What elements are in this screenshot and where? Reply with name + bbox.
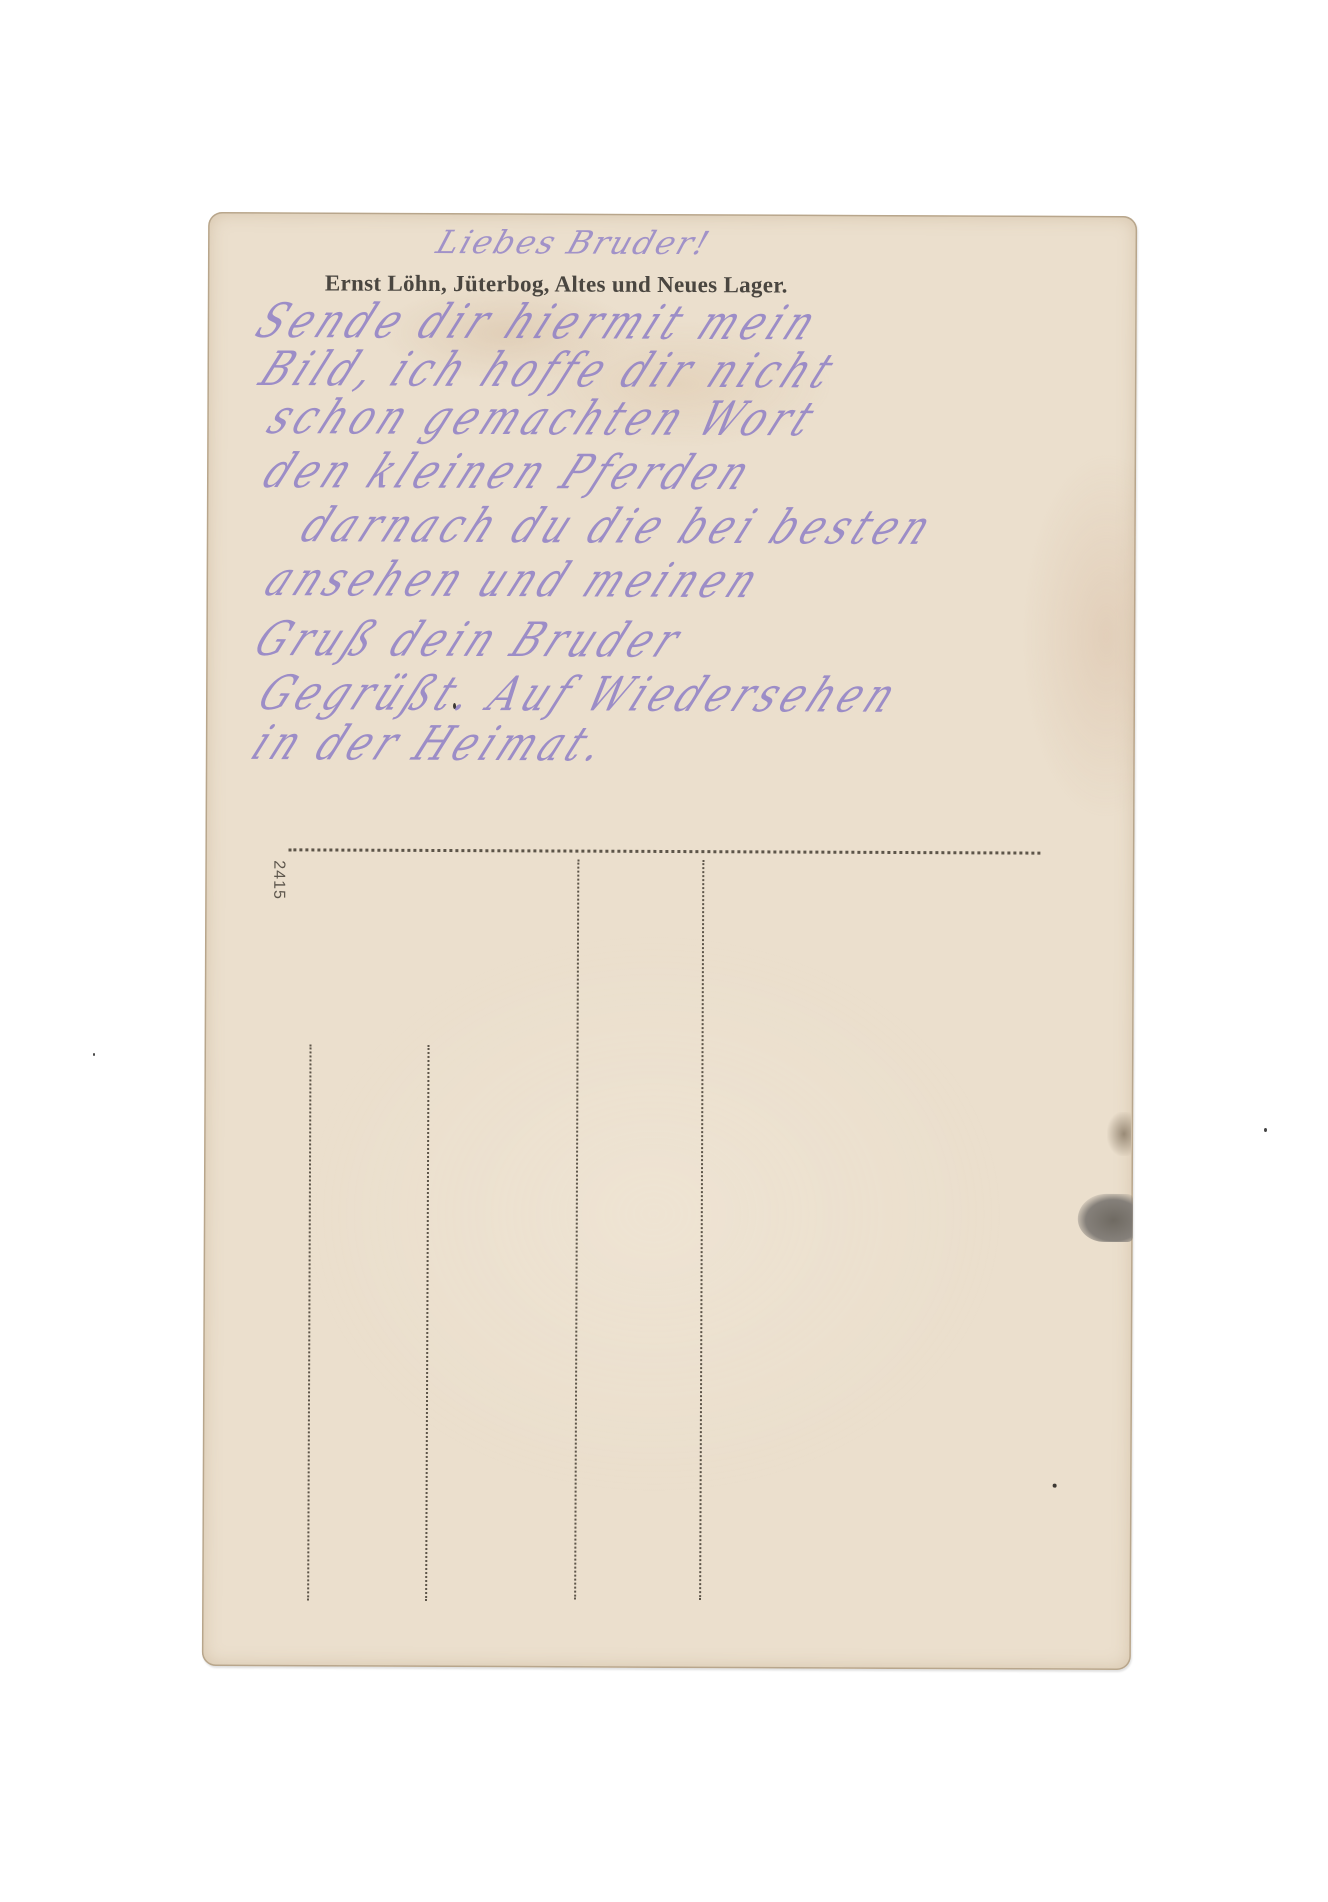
message-line: in der Heimat. (244, 715, 619, 771)
message-line: Gegrüßt. Auf Wiedersehen (250, 665, 910, 723)
message-line: darnach du die bei besten (293, 497, 946, 555)
address-line-vertical (307, 1044, 311, 1600)
handwritten-salutation: Liebes Bruder! (432, 223, 716, 262)
speck (453, 703, 456, 709)
message-line: schon gemachten Wort (259, 389, 828, 446)
address-divider-horizontal (288, 848, 1040, 854)
message-line: den kleinen Pferden (255, 443, 764, 500)
outer-speck (93, 1053, 95, 1056)
outer-speck (1264, 1128, 1267, 1132)
stain-mark (1107, 1112, 1131, 1156)
speck (1053, 1484, 1057, 1488)
message-line: ansehen und meinen (256, 551, 772, 608)
address-line-vertical (574, 860, 579, 1600)
serial-number: 2415 (269, 860, 287, 900)
message-line: Gruß dein Bruder (246, 611, 693, 668)
address-line-vertical (425, 1045, 429, 1601)
handwritten-message: Sende dir hiermit mein Bild, ich hoffe d… (238, 304, 1098, 308)
postcard-back: Liebes Bruder! Ernst Löhn, Jüterbog, Alt… (202, 212, 1137, 1670)
address-line-vertical (699, 860, 704, 1600)
stain-mark (1078, 1194, 1133, 1242)
